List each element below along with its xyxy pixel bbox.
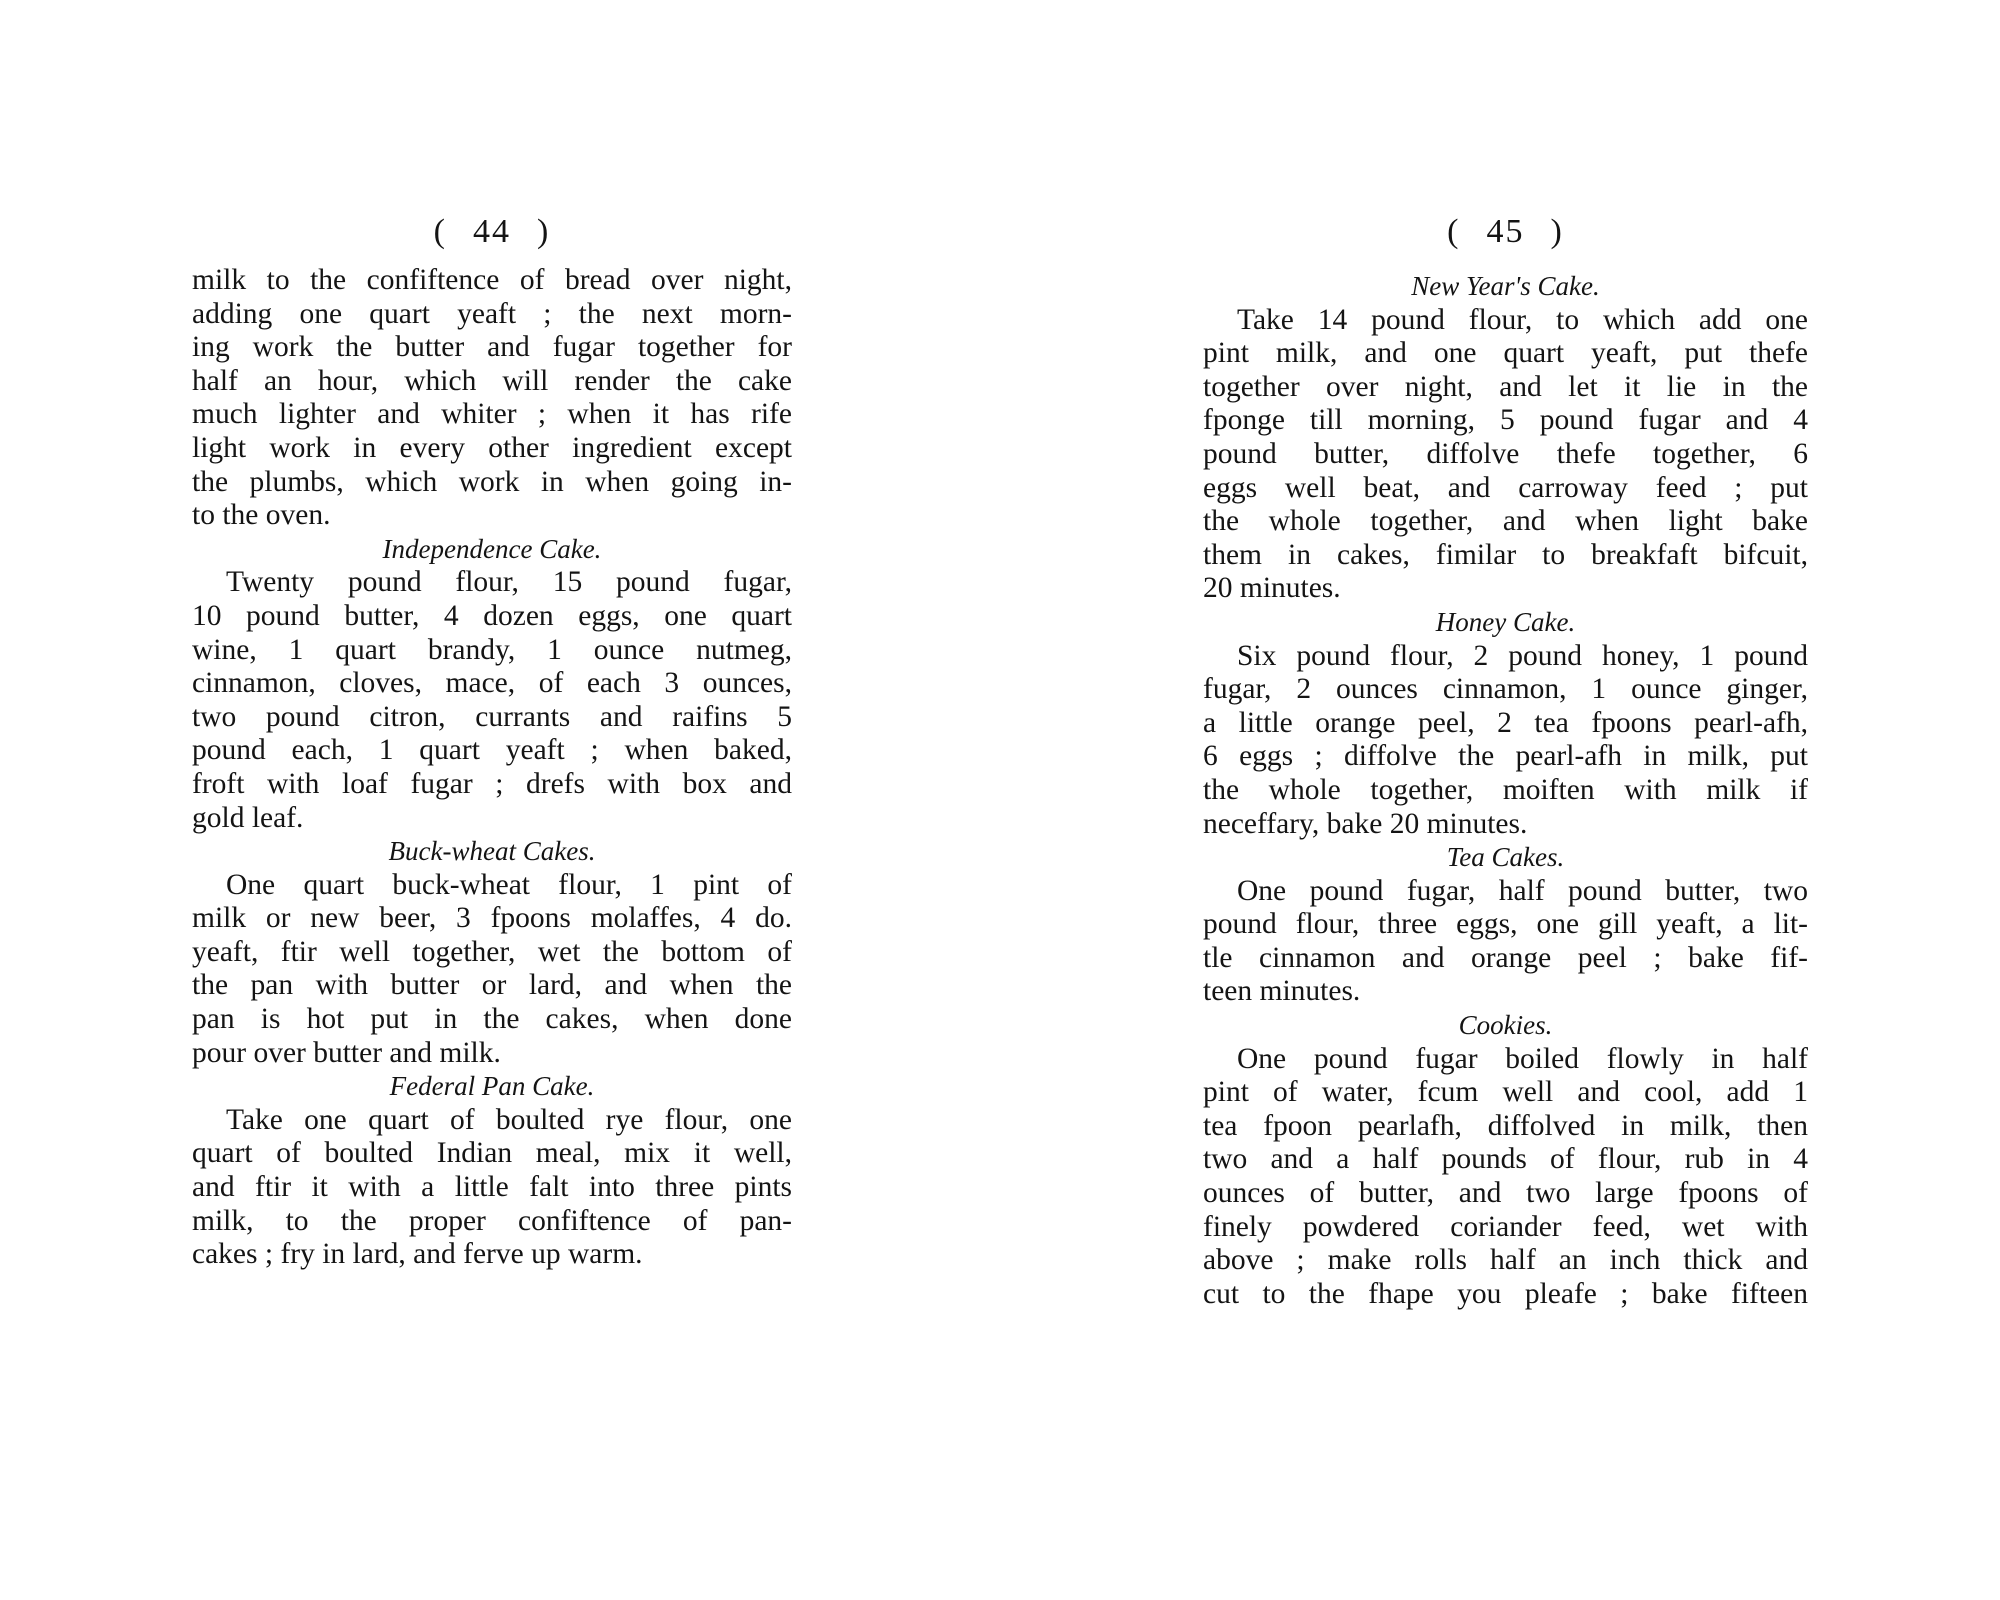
text-line: pan is hot put in the cakes, when done (192, 1003, 792, 1037)
text-line: milk or new beer, 3 fpoons molaffes, 4 d… (192, 902, 792, 936)
text-line: Take 14 pound flour, to which add one (1203, 304, 1808, 338)
text-line: the whole together, moiften with milk if (1203, 774, 1808, 808)
text-line: pour over butter and milk. (192, 1037, 792, 1071)
text-line: fponge till morning, 5 pound fugar and 4 (1203, 404, 1808, 438)
text-line: wine, 1 quart brandy, 1 ounce nutmeg, (192, 634, 792, 668)
text-line: One pound fugar, half pound butter, two (1203, 875, 1808, 909)
text-line: the whole together, and when light bake (1203, 505, 1808, 539)
text-line: pound each, 1 quart yeaft ; when baked, (192, 734, 792, 768)
text-line: 10 pound butter, 4 dozen eggs, one quart (192, 600, 792, 634)
text-line: half an hour, which will render the cake (192, 365, 792, 399)
text-line: milk, to the proper confiftence of pan- (192, 1205, 792, 1239)
text-line: quart of boulted Indian meal, mix it wel… (192, 1137, 792, 1171)
recipe-heading: New Year's Cake. (1203, 270, 1808, 304)
right-page: (45) New Year's Cake.Take 14 pound flour… (1203, 212, 1808, 1311)
text-line: finely powdered coriander feed, wet with (1203, 1211, 1808, 1245)
text-line: much lighter and whiter ; when it has ri… (192, 398, 792, 432)
text-line: Twenty pound flour, 15 pound fugar, (192, 566, 792, 600)
text-line: pint milk, and one quart yeaft, put thef… (1203, 337, 1808, 371)
recipe-heading: Cookies. (1203, 1009, 1808, 1043)
text-line: gold leaf. (192, 802, 792, 836)
recipe-heading: Tea Cakes. (1203, 841, 1808, 875)
page-number: (45) (1203, 212, 1808, 270)
text-line: eggs well beat, and carroway feed ; put (1203, 472, 1808, 506)
text-line: and ftir it with a little falt into thre… (192, 1171, 792, 1205)
text-line: neceffary, bake 20 minutes. (1203, 808, 1808, 842)
text-line: adding one quart yeaft ; the next morn- (192, 298, 792, 332)
page-body: milk to the confiftence of bread over ni… (192, 264, 792, 1272)
recipe-heading: Federal Pan Cake. (192, 1070, 792, 1104)
recipe-heading: Independence Cake. (192, 533, 792, 567)
text-line: Six pound flour, 2 pound honey, 1 pound (1203, 640, 1808, 674)
recipe-heading: Buck-wheat Cakes. (192, 835, 792, 869)
text-line: milk to the confiftence of bread over ni… (192, 264, 792, 298)
recipe-heading: Honey Cake. (1203, 606, 1808, 640)
text-line: Take one quart of boulted rye flour, one (192, 1104, 792, 1138)
text-line: light work in every other ingredient exc… (192, 432, 792, 466)
left-page: (44) milk to the confiftence of bread ov… (192, 212, 792, 1272)
text-line: together over night, and let it lie in t… (1203, 371, 1808, 405)
text-line: 6 eggs ; diffolve the pearl-afh in milk,… (1203, 740, 1808, 774)
text-line: tea fpoon pearlafh, diffolved in milk, t… (1203, 1110, 1808, 1144)
text-line: One quart buck-wheat flour, 1 pint of (192, 869, 792, 903)
text-line: above ; make rolls half an inch thick an… (1203, 1244, 1808, 1278)
text-line: two pound citron, currants and raifins 5 (192, 701, 792, 735)
text-line: cakes ; fry in lard, and ferve up warm. (192, 1238, 792, 1272)
text-line: cut to the fhape you pleafe ; bake fifte… (1203, 1278, 1808, 1312)
text-line: ing work the butter and fugar together f… (192, 331, 792, 365)
text-line: froft with loaf fugar ; drefs with box a… (192, 768, 792, 802)
text-line: 20 minutes. (1203, 572, 1808, 606)
page-body: New Year's Cake.Take 14 pound flour, to … (1203, 270, 1808, 1311)
text-line: pound flour, three eggs, one gill yeaft,… (1203, 908, 1808, 942)
text-line: fugar, 2 ounces cinnamon, 1 ounce ginger… (1203, 673, 1808, 707)
text-line: yeaft, ftir well together, wet the botto… (192, 936, 792, 970)
text-line: cinnamon, cloves, mace, of each 3 ounces… (192, 667, 792, 701)
page-number: (44) (192, 212, 792, 264)
text-line: One pound fugar boiled flowly in half (1203, 1043, 1808, 1077)
text-line: two and a half pounds of flour, rub in 4 (1203, 1143, 1808, 1177)
text-line: teen minutes. (1203, 975, 1808, 1009)
text-line: the pan with butter or lard, and when th… (192, 969, 792, 1003)
text-line: ounces of butter, and two large fpoons o… (1203, 1177, 1808, 1211)
text-line: pint of water, fcum well and cool, add 1 (1203, 1076, 1808, 1110)
text-line: the plumbs, which work in when going in- (192, 466, 792, 500)
text-line: them in cakes, fimilar to breakfaft bifc… (1203, 539, 1808, 573)
text-line: to the oven. (192, 499, 792, 533)
text-line: pound butter, diffolve thefe together, 6 (1203, 438, 1808, 472)
text-line: tle cinnamon and orange peel ; bake fif- (1203, 942, 1808, 976)
text-line: a little orange peel, 2 tea fpoons pearl… (1203, 707, 1808, 741)
